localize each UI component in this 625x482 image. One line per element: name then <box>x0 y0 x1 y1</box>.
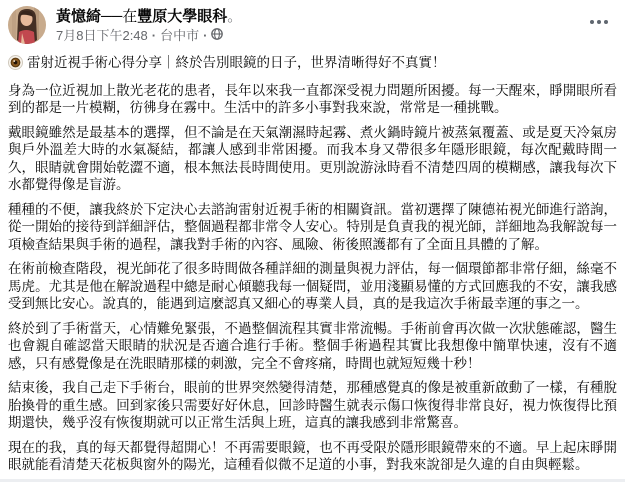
eye-icon <box>8 55 23 75</box>
avatar[interactable] <box>8 6 46 44</box>
post-paragraph: 終於到了手術當天，心情難免緊張，不過整個流程其實非常流暢。手術前會再次做一次狀態… <box>8 320 617 373</box>
checkin-suffix: 。 <box>227 8 242 25</box>
post-paragraph: 身為一位近視加上散光老花的患者，長年以來我一直都深受視力問題所困擾。每一天醒來，… <box>8 82 617 117</box>
facebook-post: 黃憶綺──在豐原大學眼科。 7月8日下午2:48 · 台中市 · <box>0 0 625 482</box>
profile-photo-image <box>8 6 46 44</box>
post-paragraph: 結束後，我自己走下手術台，眼前的世界突然變得清楚，那種感覺真的像是被重新啟動了一… <box>8 379 617 432</box>
post-paragraph: 種種的不便，讓我終於下定決心去諮詢雷射近視手術的相關資訊。當初選擇了陳德祐視光師… <box>8 201 617 254</box>
checkin-connector: ──在 <box>101 8 137 25</box>
checkin-location[interactable]: 豐原大學眼科 <box>137 8 227 25</box>
post-title-text: 雷射近視手術心得分享｜終於告別眼鏡的日子，世界清晰得好不真實！ <box>27 55 446 70</box>
post-content: 雷射近視手術心得分享｜終於告別眼鏡的日子，世界清晰得好不真實！ 身為一位近視加上… <box>0 44 625 474</box>
post-paragraph: 戴眼鏡雖然是最基本的選擇，但不論是在天氣潮濕時起霧、煮火鍋時鏡片被蒸氣覆蓋、或是… <box>8 124 617 194</box>
post-meta: 7月8日下午2:48 · 台中市 · <box>56 27 242 44</box>
public-globe-icon <box>211 28 223 44</box>
post-timestamp[interactable]: 7月8日下午2:48 <box>56 28 148 44</box>
meta-separator: · <box>152 28 156 44</box>
post-city[interactable]: 台中市 <box>160 28 199 44</box>
author-name[interactable]: 黃憶綺 <box>56 8 101 25</box>
post-header: 黃憶綺──在豐原大學眼科。 7月8日下午2:48 · 台中市 · <box>0 0 625 44</box>
meta-separator: · <box>203 28 207 44</box>
more-options-icon[interactable] <box>583 10 615 34</box>
post-paragraph: 在術前檢查階段，視光師花了很多時間做各種詳細的測量與視力評估，每一個環節都非常仔… <box>8 260 617 313</box>
header-text: 黃憶綺──在豐原大學眼科。 7月8日下午2:48 · 台中市 · <box>56 6 242 44</box>
author-line: 黃憶綺──在豐原大學眼科。 <box>56 7 242 26</box>
post-paragraph: 現在的我，真的每天都覺得超開心！不再需要眼鏡，也不再受限於隱形眼鏡帶來的不適。早… <box>8 439 617 474</box>
post-title: 雷射近視手術心得分享｜終於告別眼鏡的日子，世界清晰得好不真實！ <box>8 54 617 75</box>
